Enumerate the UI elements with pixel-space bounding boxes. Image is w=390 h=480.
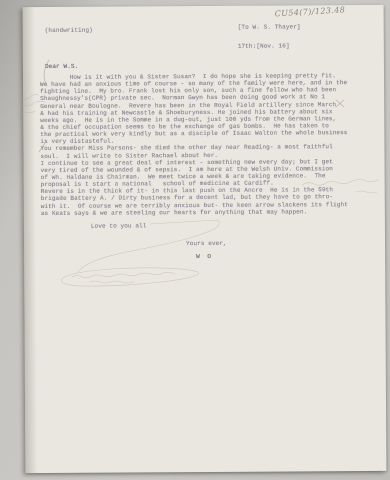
date-line: 17th:[Nov. 16] xyxy=(238,42,290,49)
closing-line: Yours ever, xyxy=(186,240,227,247)
archive-reference-pencil: CU54(7)/123.48 xyxy=(274,5,345,18)
salutation: Dear W.S. xyxy=(45,63,78,70)
letter-page: CU54(7)/123.48 (handwriting) [To W. S. T… xyxy=(23,5,387,473)
scanned-letter-photo: CU54(7)/123.48 (handwriting) [To W. S. T… xyxy=(0,0,390,480)
signature: W O xyxy=(196,253,213,260)
letter-line: as Keats says & we are steeling our hear… xyxy=(41,208,377,217)
recipient-line: [To W. S. Thayer] xyxy=(238,23,301,30)
handwriting-label: (handwriting) xyxy=(45,27,93,34)
farewell-line: Love to you all xyxy=(91,222,147,229)
letter-body: How is it with you & Sister Susan? I do … xyxy=(40,72,377,217)
